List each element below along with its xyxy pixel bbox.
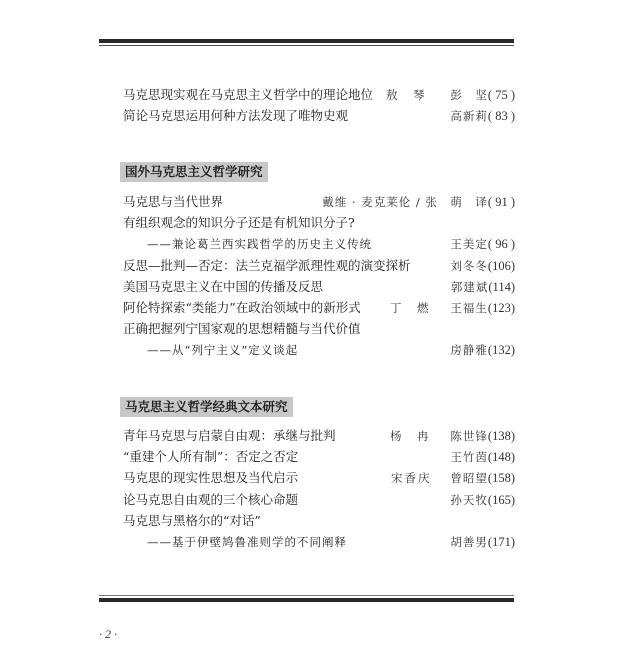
toc-entry: 阿伦特探索“类能力”在政治领域中的新形式 丁 燃 王福生(123) xyxy=(123,298,515,318)
entry-page: (148) xyxy=(488,450,515,464)
footer-rule-thin xyxy=(99,595,514,596)
entry-author: 刘冬冬 xyxy=(450,259,488,273)
entry-author: 房静雅 xyxy=(450,343,488,357)
entry-co-author: 宋香庆 xyxy=(391,468,432,488)
toc-entry: 简论马克思运用何种方法发现了唯物史观 高新莉( 83 ) xyxy=(123,106,515,126)
toc-entry-subtitle: ——从“列宁主义”定义谈起 房静雅(132) xyxy=(123,340,515,360)
entry-page: (171) xyxy=(488,535,515,549)
toc-entry: “重建个人所有制”：否定之否定 王竹茵(148) xyxy=(123,447,515,467)
entry-author: 郭建斌 xyxy=(451,280,489,294)
entry-page: (106) xyxy=(488,259,515,273)
entry-author: 曾昭望 xyxy=(450,471,488,485)
entry-page: (123) xyxy=(488,301,515,315)
entry-title: “重建个人所有制”：否定之否定 xyxy=(123,447,298,467)
entry-title: 美国马克思主义在中国的传播及反思 xyxy=(123,277,323,297)
entry-title: 马克思的现实性思想及当代启示 xyxy=(123,468,298,488)
toc-entry: 青年马克思与启蒙自由观：承继与批判 杨 冉 陈世锋(138) xyxy=(123,426,515,446)
page-number: · 2 · xyxy=(99,627,117,642)
header-rule-thick xyxy=(99,39,514,43)
entry-author: 王福生 xyxy=(450,301,488,315)
entry-author: 胡善男 xyxy=(450,535,488,549)
entry-co-author: 敖 琴 xyxy=(386,85,427,105)
entry-author: 彭 坚 xyxy=(450,88,488,102)
toc-entry: 马克思与黑格尔的“对话” xyxy=(123,511,515,531)
entry-author: 陈世锋 xyxy=(450,429,488,443)
entry-title: 马克思与当代世界 xyxy=(123,192,223,212)
entry-title: 马克思现实观在马克思主义哲学中的理论地位 xyxy=(123,85,373,105)
toc-entry-subtitle: ——兼论葛兰西实践哲学的历史主义传统 王美定( 96 ) xyxy=(123,234,515,254)
entry-page: (132) xyxy=(488,343,515,357)
section-heading: 马克思主义哲学经典文本研究 xyxy=(120,397,293,417)
toc-entry-subtitle: ——基于伊壁鸠鲁准则学的不同阐释 胡善男(171) xyxy=(123,532,515,552)
entry-author: 王竹茵 xyxy=(450,450,488,464)
entry-author: 王美定 xyxy=(450,237,488,251)
entry-page: ( 83 ) xyxy=(488,109,515,123)
entry-page: ( 96 ) xyxy=(488,237,515,251)
toc-entry: 马克思现实观在马克思主义哲学中的理论地位 敖 琴 彭 坚( 75 ) xyxy=(123,85,515,105)
entry-title: 简论马克思运用何种方法发现了唯物史观 xyxy=(123,106,348,126)
header-rule-thin xyxy=(99,45,514,46)
toc-entry: 反思—批判—否定：法兰克福学派理性观的演变探析 刘冬冬(106) xyxy=(123,256,515,276)
entry-title: 反思—批判—否定：法兰克福学派理性观的演变探析 xyxy=(123,256,411,276)
entry-page: (114) xyxy=(488,280,515,294)
section-heading: 国外马克思主义哲学研究 xyxy=(120,162,268,182)
entry-author: 孙天牧 xyxy=(450,493,488,507)
entry-page: ( 91 ) xyxy=(488,195,515,209)
entry-title: 青年马克思与启蒙自由观：承继与批判 xyxy=(123,426,336,446)
entry-subtitle: ——从“列宁主义”定义谈起 xyxy=(147,340,298,360)
entry-subtitle: ——基于伊壁鸠鲁准则学的不同阐释 xyxy=(147,532,347,552)
entry-co-author: 丁 燃 xyxy=(390,298,431,318)
entry-title: 马克思与黑格尔的“对话” xyxy=(123,511,261,531)
entry-subtitle: ——兼论葛兰西实践哲学的历史主义传统 xyxy=(147,234,372,254)
toc-entry: 正确把握列宁国家观的思想精髓与当代价值 xyxy=(123,319,515,339)
entry-page: (165) xyxy=(488,493,515,507)
entry-co-author: 杨 冉 xyxy=(390,426,431,446)
toc-entry: 有组织观念的知识分子还是有机知识分子? xyxy=(123,213,515,233)
entry-page: (158) xyxy=(488,471,515,485)
toc-entry: 美国马克思主义在中国的传播及反思 郭建斌(114) xyxy=(123,277,515,297)
toc-entry: 论马克思自由观的三个核心命题 孙天牧(165) xyxy=(123,490,515,510)
entry-title: 阿伦特探索“类能力”在政治领域中的新形式 xyxy=(123,298,361,318)
entry-page: (138) xyxy=(488,429,515,443)
footer-rule-thick xyxy=(99,598,514,602)
entry-title: 正确把握列宁国家观的思想精髓与当代价值 xyxy=(123,319,361,339)
toc-entry: 马克思与当代世界 戴维 · 麦克莱伦 / 张 萌 译( 91 ) xyxy=(123,192,515,212)
entry-author: 高新莉 xyxy=(450,109,488,123)
entry-author: 戴维 · 麦克莱伦 / 张 萌 译 xyxy=(322,195,488,209)
entry-title: 论马克思自由观的三个核心命题 xyxy=(123,490,298,510)
toc-entry: 马克思的现实性思想及当代启示 宋香庆 曾昭望(158) xyxy=(123,468,515,488)
entry-page: ( 75 ) xyxy=(488,88,515,102)
entry-title: 有组织观念的知识分子还是有机知识分子? xyxy=(123,213,355,233)
